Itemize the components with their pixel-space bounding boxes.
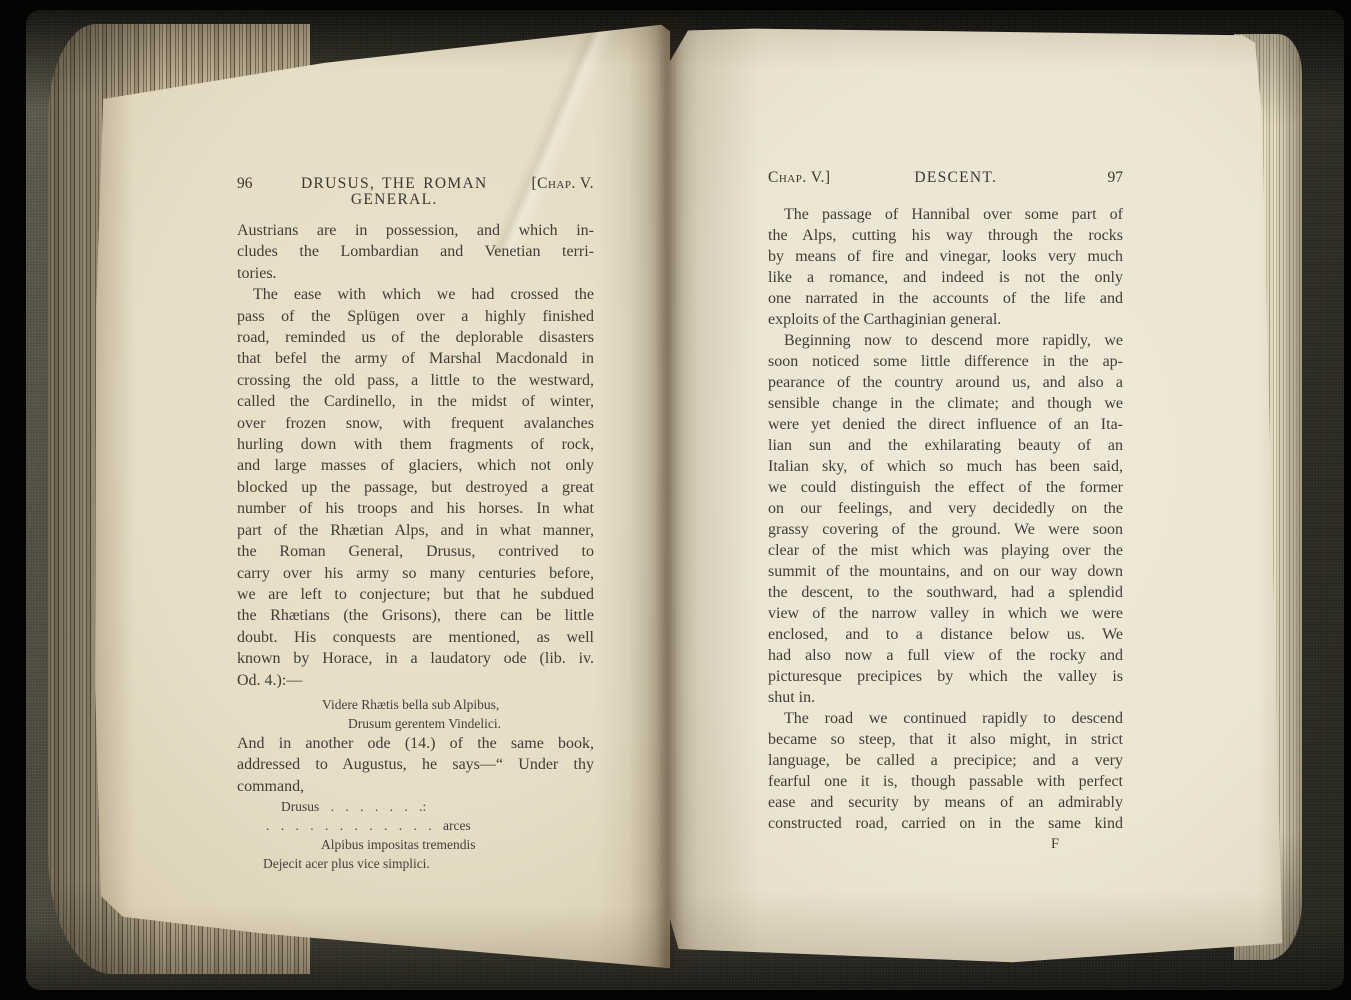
- text-line: And in another ode (14.) of the same boo…: [237, 733, 594, 754]
- text-line: fearful one it is, though passable with …: [768, 771, 1123, 792]
- text-line: Od. 4.):—: [237, 670, 594, 691]
- text-line: known by Horace, in a laudatory ode (lib…: [237, 648, 594, 669]
- text-line: carry over his army so many centuries be…: [237, 563, 594, 584]
- text-line: lian sun and the exhilarating beauty of …: [768, 435, 1123, 456]
- left-page-header: 96 DRUSUS, THE ROMAN GENERAL. [Chap. V.: [237, 176, 594, 208]
- text-line: clear of the mist which was playing over…: [768, 540, 1123, 561]
- text-line: like a romance, and indeed is not the on…: [768, 267, 1123, 288]
- text-line: tories.: [237, 263, 594, 284]
- text-line: view of the narrow valley in which we we…: [768, 603, 1123, 624]
- text-line: one narrated in the accounts of the life…: [768, 288, 1123, 309]
- text-line: Austrians are in possession, and which i…: [237, 220, 594, 241]
- right-body: The passage of Hannibal over some part o…: [768, 204, 1123, 834]
- right-page: Chap. V.] DESCENT. 97 The passage of Han…: [666, 22, 1296, 966]
- signature-mark: F: [1051, 836, 1059, 853]
- text-line: we could distinguish the effect of the f…: [768, 477, 1123, 498]
- text-line: by means of fire and vinegar, looks very…: [768, 246, 1123, 267]
- chapter-ref-left: [Chap. V.: [531, 176, 594, 192]
- text-line: doubt. His conquests are mentioned, as w…: [237, 627, 594, 648]
- page-number-right: 97: [1081, 170, 1123, 186]
- text-line: the descent, to the southward, had a spl…: [768, 582, 1123, 603]
- right-page-text: Chap. V.] DESCENT. 97 The passage of Han…: [768, 170, 1123, 834]
- text-line: picturesque precipices by which the vall…: [768, 666, 1123, 687]
- text-line: were yet denied the direct influence of …: [768, 414, 1123, 435]
- running-title-right: DESCENT.: [831, 170, 1081, 186]
- text-line: The passage of Hannibal over some part o…: [768, 204, 1123, 225]
- left-body-1: Austrians are in possession, and which i…: [237, 220, 594, 691]
- text-line: summit of the mountains, and on our way …: [768, 561, 1123, 582]
- text-line: that befel the army of Marshal Macdonald…: [237, 348, 594, 369]
- text-line: Beginning now to descend more rapidly, w…: [768, 330, 1123, 351]
- text-line: on our feelings, and very decidedly on t…: [768, 498, 1123, 519]
- left-page: 96 DRUSUS, THE ROMAN GENERAL. [Chap. V. …: [94, 20, 670, 972]
- text-line: The road we continued rapidly to descend: [768, 708, 1123, 729]
- text-line: The ease with which we had crossed the: [237, 284, 594, 305]
- text-line: ease and security by means of an admirab…: [768, 792, 1123, 813]
- running-title-left: DRUSUS, THE ROMAN GENERAL.: [279, 176, 531, 208]
- text-line: the Rhætians (the Grisons), there can be…: [237, 605, 594, 626]
- left-page-text: 96 DRUSUS, THE ROMAN GENERAL. [Chap. V. …: [237, 176, 594, 873]
- text-line: became so steep, that it also might, in …: [768, 729, 1123, 750]
- text-line: command,: [237, 776, 594, 797]
- text-line: crossing the old pass, a little to the w…: [237, 370, 594, 391]
- text-line: pearance of the country around us, and a…: [768, 372, 1123, 393]
- text-line: blocked up the passage, but destroyed a …: [237, 477, 594, 498]
- text-line: cludes the Lombardian and Venetian terri…: [237, 241, 594, 262]
- text-line: hurling down with them fragments of rock…: [237, 434, 594, 455]
- text-line: called the Cardinello, in the midst of w…: [237, 391, 594, 412]
- text-line: road, reminded us of the deplorable disa…: [237, 327, 594, 348]
- text-line: Videre Rhætis bella sub Alpibus,: [237, 695, 594, 714]
- latin-quote-1: Videre Rhætis bella sub Alpibus,Drusum g…: [237, 695, 594, 733]
- chapter-ref-right: Chap. V.]: [768, 170, 831, 186]
- text-line: soon noticed some little difference in t…: [768, 351, 1123, 372]
- text-line: Italian sky, of which so much has been s…: [768, 456, 1123, 477]
- text-line: the Roman General, Drusus, contrived to: [237, 541, 594, 562]
- text-line: the Alps, cutting his way through the ro…: [768, 225, 1123, 246]
- text-line: number of his troops and his horses. In …: [237, 498, 594, 519]
- text-line: had also now a full view of the rocky an…: [768, 645, 1123, 666]
- photo-background: 96 DRUSUS, THE ROMAN GENERAL. [Chap. V. …: [0, 0, 1351, 1000]
- left-body-2: And in another ode (14.) of the same boo…: [237, 733, 594, 797]
- latin-quote-2: Drusus . . . . . . .:. . . . . . . . . .…: [237, 797, 594, 873]
- text-line: language, be called a precipice; and a v…: [768, 750, 1123, 771]
- text-line: addressed to Augustus, he says—“ Under t…: [237, 754, 594, 775]
- text-line: shut in.: [768, 687, 1123, 708]
- text-line: constructed road, carried on in the same…: [768, 813, 1123, 834]
- text-line: and large masses of glaciers, which not …: [237, 455, 594, 476]
- text-line: Dejecit acer plus vice simplici.: [237, 854, 594, 873]
- text-line: Drusus . . . . . . .:: [237, 797, 594, 816]
- text-line: grassy covering of the ground. We were s…: [768, 519, 1123, 540]
- text-line: we are left to conjecture; but that he s…: [237, 584, 594, 605]
- text-line: Drusum gerentem Vindelici.: [237, 714, 594, 733]
- text-line: enclosed, and to a distance below us. We: [768, 624, 1123, 645]
- text-line: pass of the Splügen over a highly finish…: [237, 306, 594, 327]
- text-line: Alpibus impositas tremendis: [237, 835, 594, 854]
- page-number-left: 96: [237, 176, 279, 192]
- right-page-header: Chap. V.] DESCENT. 97: [768, 170, 1123, 186]
- text-line: . . . . . . . . . . . . arces: [237, 816, 594, 835]
- text-line: over frozen snow, with frequent avalanch…: [237, 413, 594, 434]
- text-line: sensible change in the climate; and thou…: [768, 393, 1123, 414]
- text-line: part of the Rhætian Alps, and in what ma…: [237, 520, 594, 541]
- text-line: exploits of the Carthaginian general.: [768, 309, 1123, 330]
